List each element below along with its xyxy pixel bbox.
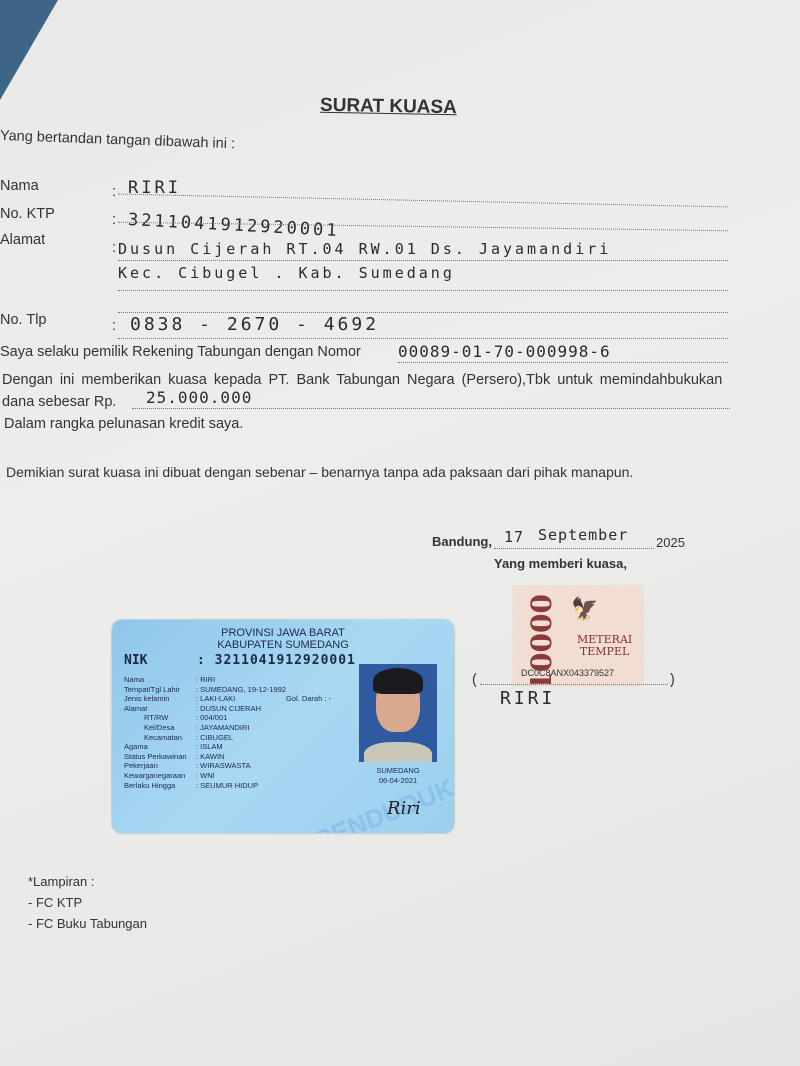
ktp-row-value: : DUSUN CIJERAH [196, 704, 261, 713]
ktp-row-value: : WNI [196, 771, 215, 780]
ktp-row-label: Pekerjaan [124, 761, 158, 770]
signature-line [480, 684, 668, 685]
ktp-row-value: : SEUMUR HIDUP [196, 781, 258, 790]
ktp-photo [359, 664, 437, 762]
value-no-ktp: 3211041912920001 [127, 210, 340, 241]
label-no-tlp: No. Tlp [0, 312, 46, 328]
dotted-line [398, 362, 728, 363]
bracket-open: ( [472, 672, 477, 688]
account-prefix: Saya selaku pemilik Rekening Tabungan de… [0, 344, 361, 360]
stamp-code: DC0C8ANX043379527 [521, 668, 614, 678]
ktp-row-label: Jenis kelamin [124, 694, 169, 703]
ktp-row-value: : ISLAM [196, 742, 223, 751]
colon: : [112, 240, 116, 256]
ktp-row-value: : WIRASWASTA [196, 761, 251, 770]
place-label: Bandung, [432, 534, 492, 549]
date-day: 17 [504, 528, 524, 546]
ktp-regency: KABUPATEN SUMEDANG [112, 639, 454, 651]
ktp-card-photocopy: KARTU TANDA PENDUDUK KARTU TANDA PENDUDU… [112, 620, 454, 833]
dotted-line [118, 194, 728, 208]
attachment-item: - FC Buku Tabungan [28, 916, 147, 931]
ktp-nik-value: : 3211041912920001 [197, 653, 356, 668]
colon: : [112, 212, 116, 228]
dotted-line [118, 312, 728, 313]
ktp-row-label: Kecamatan [144, 733, 182, 742]
ktp-row-label: Status Perkawinan [124, 752, 187, 761]
ktp-issue-info: SUMEDANG 06-04-2021 [359, 766, 437, 786]
value-alamat-line2: Kec. Cibugel . Kab. Sumedang [118, 264, 455, 282]
amount-value: 25.000.000 [146, 388, 252, 407]
stamp-title: METERAI TEMPEL [577, 634, 632, 658]
colon: : [112, 318, 116, 334]
signature-name: RIRI [500, 688, 555, 709]
value-alamat-line1: Dusun Cijerah RT.04 RW.01 Ds. Jayamandir… [118, 240, 611, 258]
label-alamat: Alamat [0, 232, 45, 248]
ktp-row-value: : CIBUGEL [196, 733, 233, 742]
ktp-signature: Riri [387, 798, 421, 819]
ktp-row-value: : SUMEDANG, 19-12-1992 [196, 685, 286, 694]
garuda-icon: 🦅 [571, 596, 598, 622]
ktp-row-label: Berlaku Hingga [124, 781, 175, 790]
ktp-row-label: Kewarganegaraan [124, 771, 185, 780]
date-month: September [538, 526, 628, 544]
intro-text: Yang bertandan tangan dibawah ini : [0, 128, 235, 152]
ktp-row-label: Agama [124, 742, 148, 751]
purpose-text: Dalam rangka pelunasan kredit saya. [4, 416, 243, 432]
attachment-item: - FC KTP [28, 895, 82, 910]
label-no-ktp: No. KTP [0, 206, 55, 222]
dotted-line [118, 290, 728, 291]
letter-document: SURAT KUASA Yang bertandan tangan dibawa… [0, 0, 800, 1066]
closing-text: Demikian surat kuasa ini dibuat dengan s… [6, 464, 633, 480]
ktp-nik-label: NIK [124, 653, 147, 668]
dotted-line [494, 548, 654, 549]
bracket-close: ) [670, 672, 675, 688]
meterai-stamp: 10000 🦅 METERAI TEMPEL DC0C8ANX043379527 [512, 585, 644, 687]
dotted-line [118, 338, 728, 339]
dotted-line [118, 260, 728, 261]
date-year: 2025 [656, 535, 685, 550]
dotted-line [132, 408, 730, 409]
ktp-blood-type: Gol. Darah : - [286, 694, 331, 703]
ktp-row-label: Nama [124, 675, 144, 684]
value-no-tlp: 0838 - 2670 - 4692 [130, 314, 379, 335]
amount-prefix: dana sebesar Rp. [2, 394, 116, 410]
giver-label: Yang memberi kuasa, [494, 556, 627, 571]
ktp-row-label: RT/RW [144, 713, 168, 722]
ktp-row-value: : LAKI-LAKI [196, 694, 235, 703]
authorize-text: Dengan ini memberikan kuasa kepada PT. B… [2, 372, 722, 388]
ktp-row-value: : KAWIN [196, 752, 224, 761]
ktp-row-value: : JAYAMANDIRI [196, 723, 249, 732]
attachments-title: *Lampiran : [28, 874, 94, 889]
ktp-row-label: Alamat [124, 704, 147, 713]
ktp-row-label: Tempat/Tgl Lahir [124, 685, 180, 694]
ktp-row-value: : 004/001 [196, 713, 227, 722]
colon: : [112, 184, 116, 200]
ktp-province: PROVINSI JAWA BARAT [112, 627, 454, 639]
account-number: 00089-01-70-000998-6 [398, 342, 611, 361]
label-nama: Nama [0, 178, 39, 194]
ktp-row-value: : RIRI [196, 675, 215, 684]
ktp-row-label: Kel/Desa [144, 723, 174, 732]
document-title: SURAT KUASA [320, 95, 457, 119]
